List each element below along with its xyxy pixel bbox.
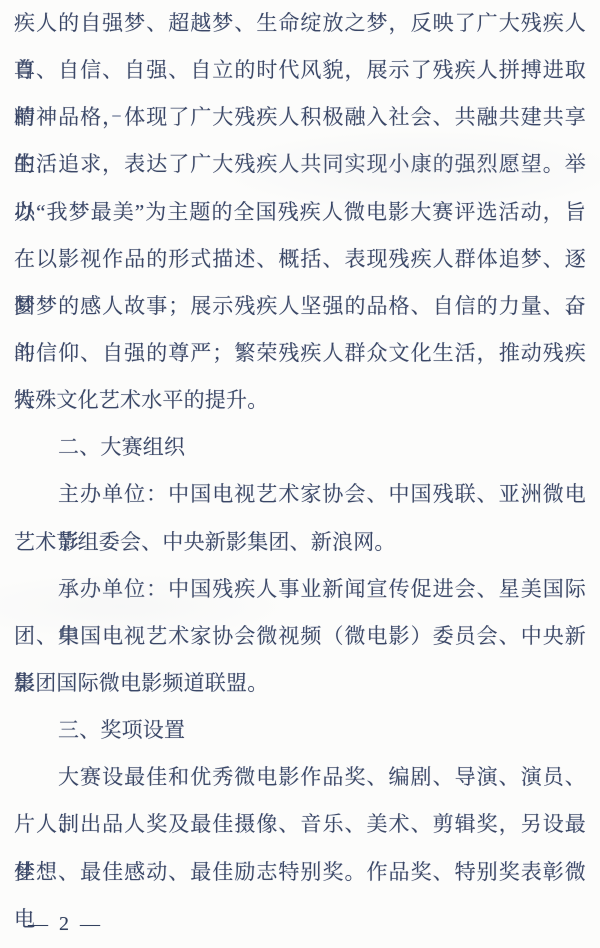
document-text-block: 疾人的自强梦、超越梦、生命绽放之梦，反映了广大残疾人自 尊、自信、自强、自立的时… — [14, 0, 586, 896]
text-line: 主办单位：中国电视艺术家协会、中国残联、亚洲微电影 — [14, 471, 586, 518]
text-line: 艺术节组委会、中央新影集团、新浪网。 — [14, 519, 586, 566]
text-line: 的信仰、自强的尊严；繁荣残疾人群众文化生活，推动残疾人 — [14, 330, 586, 377]
section-heading-organization: 二、大赛组织 — [14, 424, 586, 471]
page-number: — 2 — — [28, 913, 103, 936]
text-line: 疾人的自强梦、超越梦、生命绽放之梦，反映了广大残疾人自 — [14, 0, 586, 47]
text-line: 尊、自信、自强、自立的时代风貌，展示了残疾人拼搏进取的 — [14, 47, 586, 94]
text-line: 生活追求，表达了广大残疾人共同实现小康的强烈愿望。举办 — [14, 141, 586, 188]
section-heading-awards: 三、奖项设置 — [14, 707, 586, 754]
text-line: 在以影视作品的形式描述、概括、表现残疾人群体追梦、逐梦、 — [14, 236, 586, 283]
text-line: 精神品格，体现了广大残疾人积极融入社会、共融共建共享的 — [14, 94, 586, 141]
text-line: 梦想、最佳感动、最佳励志特别奖。作品奖、特别奖表彰微电 — [14, 849, 586, 896]
text-line: 特殊文化艺术水平的提升。 — [14, 377, 586, 424]
text-line: 圆梦的感人故事；展示残疾人坚强的品格、自信的力量、奋斗 — [14, 283, 586, 330]
text-line: 大赛设最佳和优秀微电影作品奖、编剧、导演、演员、制 — [14, 754, 586, 801]
document-page: 疾人的自强梦、超越梦、生命绽放之梦，反映了广大残疾人自 尊、自信、自强、自立的时… — [0, 0, 600, 948]
scan-artifact-dash — [112, 115, 121, 117]
text-line: 以“我梦最美”为主题的全国残疾人微电影大赛评选活动，旨 — [14, 189, 586, 236]
text-line: 片人、出品人奖及最佳摄像、音乐、美术、剪辑奖，另设最佳 — [14, 801, 586, 848]
text-line: 团、中国电视艺术家协会微视频（微电影）委员会、中央新影 — [14, 613, 586, 660]
text-line: 集团国际微电影频道联盟。 — [14, 660, 586, 707]
text-line: 承办单位：中国残疾人事业新闻宣传促进会、星美国际集 — [14, 566, 586, 613]
